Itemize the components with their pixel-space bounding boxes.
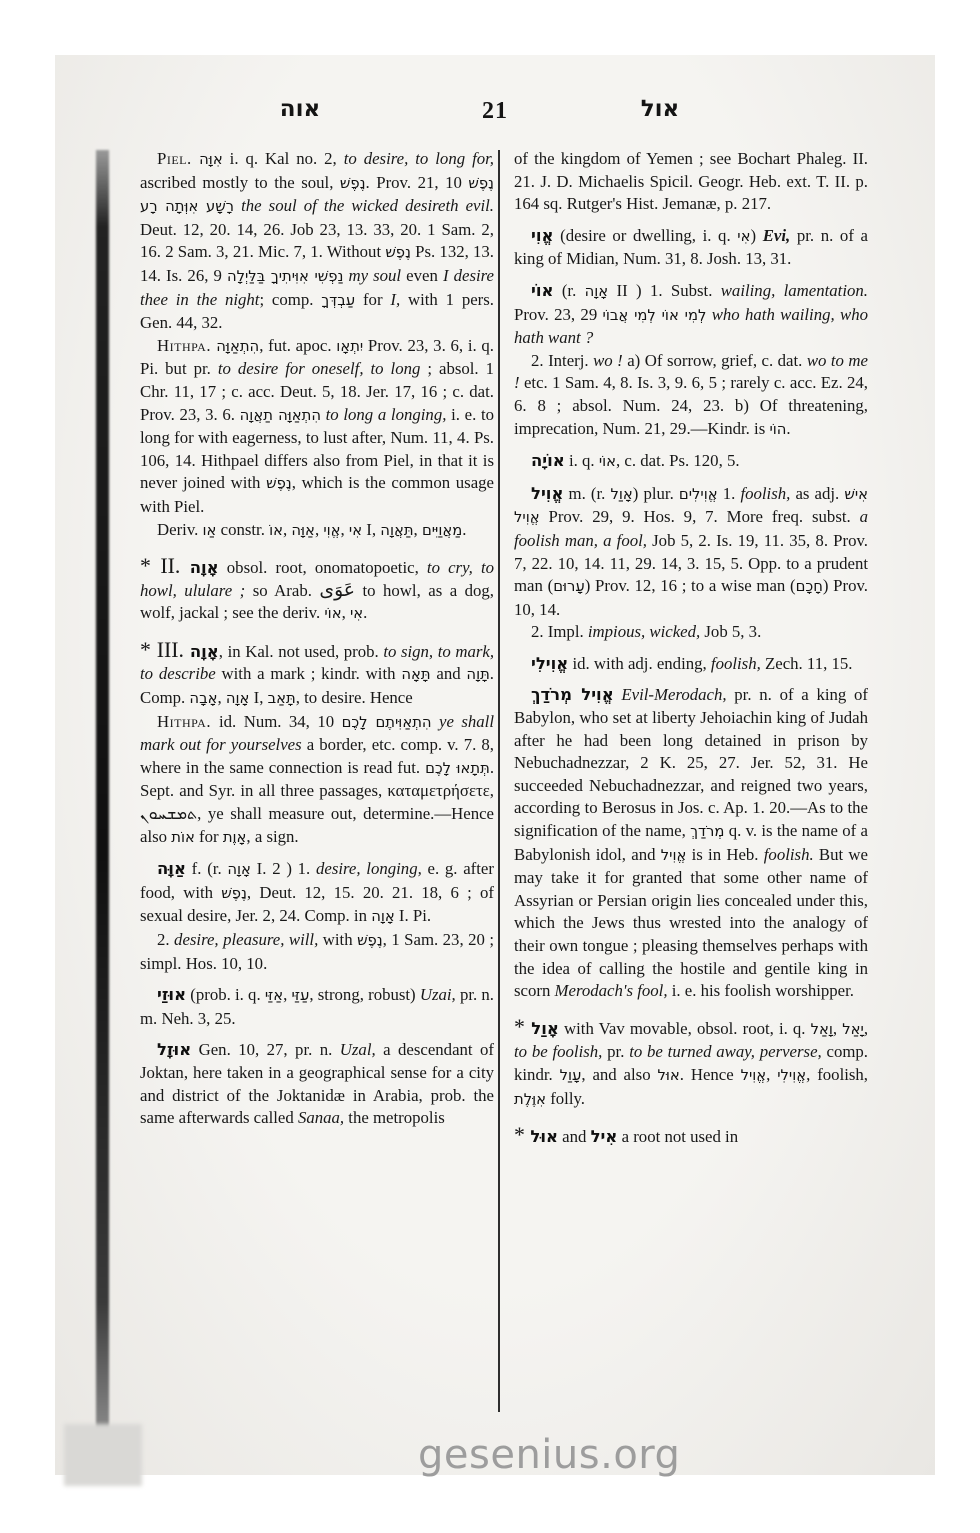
entry-root-ii: * II. אָוָה obsol. root, onomatopoetic, … xyxy=(140,555,494,626)
entry-evi: אֱוִי (desire or dwelling, i. q. אִי) Ev… xyxy=(514,225,868,271)
entry-paragraph-hithpa-2: Hithpa. id. Num. 34, 10 הִתְאַוִּיתֶם לָ… xyxy=(140,711,494,850)
entry-oyah: אוֹיָה i. q. אוֹי, c. dat. Ps. 120, 5. xyxy=(514,450,868,474)
entry-evil-merodach: אֱוִיל מְרֹדַךְ Evil-Merodach, pr. n. of… xyxy=(514,684,868,1002)
entry-evil: אֱוִיל m. (r. אָוַל) plur. אֱוִילִים 1. … xyxy=(514,483,868,622)
entry-oi: אוֹי (r. אָוָה II ) 1. Subst. wailing, l… xyxy=(514,280,868,350)
entry-root-ul: * אוּל and אִיל a root not used in xyxy=(514,1124,868,1149)
entry-avvah: אַוָּה f. (r. אָוָה I. 2 ) 1. desire, lo… xyxy=(140,858,494,929)
watermark: gesenius.org xyxy=(418,1432,680,1478)
header-hebrew-right: אול xyxy=(605,96,715,122)
right-column: of the kingdom of Yemen ; see Bochart Ph… xyxy=(514,148,868,1149)
book-gutter-shadow xyxy=(96,150,109,1430)
entry-evili: אֱוִילִי id. with adj. ending, foolish, … xyxy=(514,653,868,676)
entry-paragraph-deriv: Deriv. אַו constr. אוֹ, אַוָּה, אֱוִי, א… xyxy=(140,519,494,543)
column-divider xyxy=(498,150,500,1412)
entry-uzal: אוּזָל Gen. 10, 27, pr. n. Uzal, a desce… xyxy=(140,1039,494,1129)
page-header: אוה 21 אול xyxy=(0,96,980,136)
entry-paragraph-hithpa: Hithpa. הִתְאַוָּה, fut. apoc. יִתְאָו P… xyxy=(140,335,494,519)
entry-avvah-sense-2: 2. desire, pleasure, will, with נֶפֶשׁ, … xyxy=(140,929,494,975)
scan-artifact xyxy=(64,1424,142,1486)
entry-paragraph-piel: Piel. אִוָּה i. q. Kal no. 2, to desire,… xyxy=(140,148,494,335)
entry-oi-sense-2: 2. Interj. wo ! a) Of sorrow, grief, c. … xyxy=(514,350,868,441)
page-number: 21 xyxy=(450,98,540,125)
continuation-uzal: of the kingdom of Yemen ; see Bochart Ph… xyxy=(514,148,868,216)
entry-evil-sense-2: 2. Impl. impious, wicked, Job 5, 3. xyxy=(514,621,868,644)
entry-root-aval: * אָוַל with Vav movable, obsol. root, i… xyxy=(514,1016,868,1111)
entry-uzai: אוּזַי (prob. i. q. אַזַּי, עַזַּי, stro… xyxy=(140,984,494,1030)
left-column: Piel. אִוָּה i. q. Kal no. 2, to desire,… xyxy=(140,148,494,1130)
entry-root-iii: * III. אָוָה, in Kal. not used, prob. to… xyxy=(140,639,494,711)
header-hebrew-left: אוה xyxy=(245,96,355,122)
